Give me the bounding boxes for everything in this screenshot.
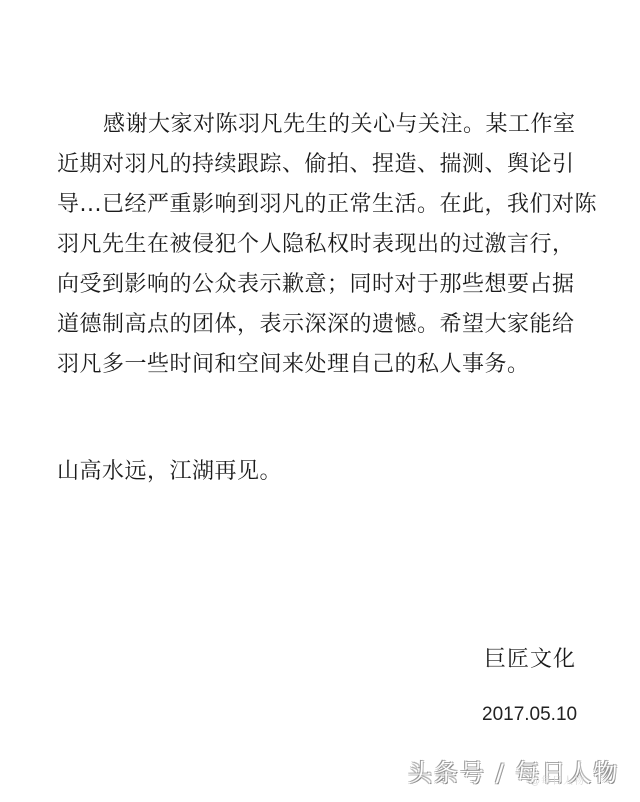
paragraph-line: 导...已经严重影响到羽凡的正常生活。在此，我们对陈 bbox=[57, 185, 587, 225]
watermark: 头条号 / 每日人物 bbox=[408, 756, 619, 790]
paragraph-line: 道德制高点的团体，表示深深的遗憾。希望大家能给 bbox=[57, 305, 587, 345]
statement-paragraph: 感谢大家对陈羽凡先生的关心与关注。某工作室 近期对羽凡的持续跟踪、偷拍、捏造、揣… bbox=[57, 105, 587, 385]
statement-body: 感谢大家对陈羽凡先生的关心与关注。某工作室 近期对羽凡的持续跟踪、偷拍、捏造、揣… bbox=[57, 105, 587, 385]
statement-date: 2017.05.10 bbox=[482, 702, 577, 728]
paragraph-line: 近期对羽凡的持续跟踪、偷拍、捏造、揣测、舆论引 bbox=[57, 145, 587, 185]
signature: 巨匠文化 bbox=[484, 645, 576, 675]
paragraph-line: 羽凡多一些时间和空间来处理自己的私人事务。 bbox=[57, 345, 587, 385]
paragraph-line: 羽凡先生在被侵犯个人隐私权时表现出的过激言行， bbox=[57, 225, 587, 265]
watermark-faint: @每日人物 bbox=[530, 772, 585, 787]
paragraph-line: 向受到影响的公众表示歉意；同时对于那些想要占据 bbox=[57, 265, 587, 305]
paragraph-line: 感谢大家对陈羽凡先生的关心与关注。某工作室 bbox=[57, 105, 587, 145]
farewell-line: 山高水远，江湖再见。 bbox=[57, 452, 282, 492]
paragraph-line-text: 感谢大家对陈羽凡先生的关心与关注。某工作室 bbox=[103, 112, 576, 137]
